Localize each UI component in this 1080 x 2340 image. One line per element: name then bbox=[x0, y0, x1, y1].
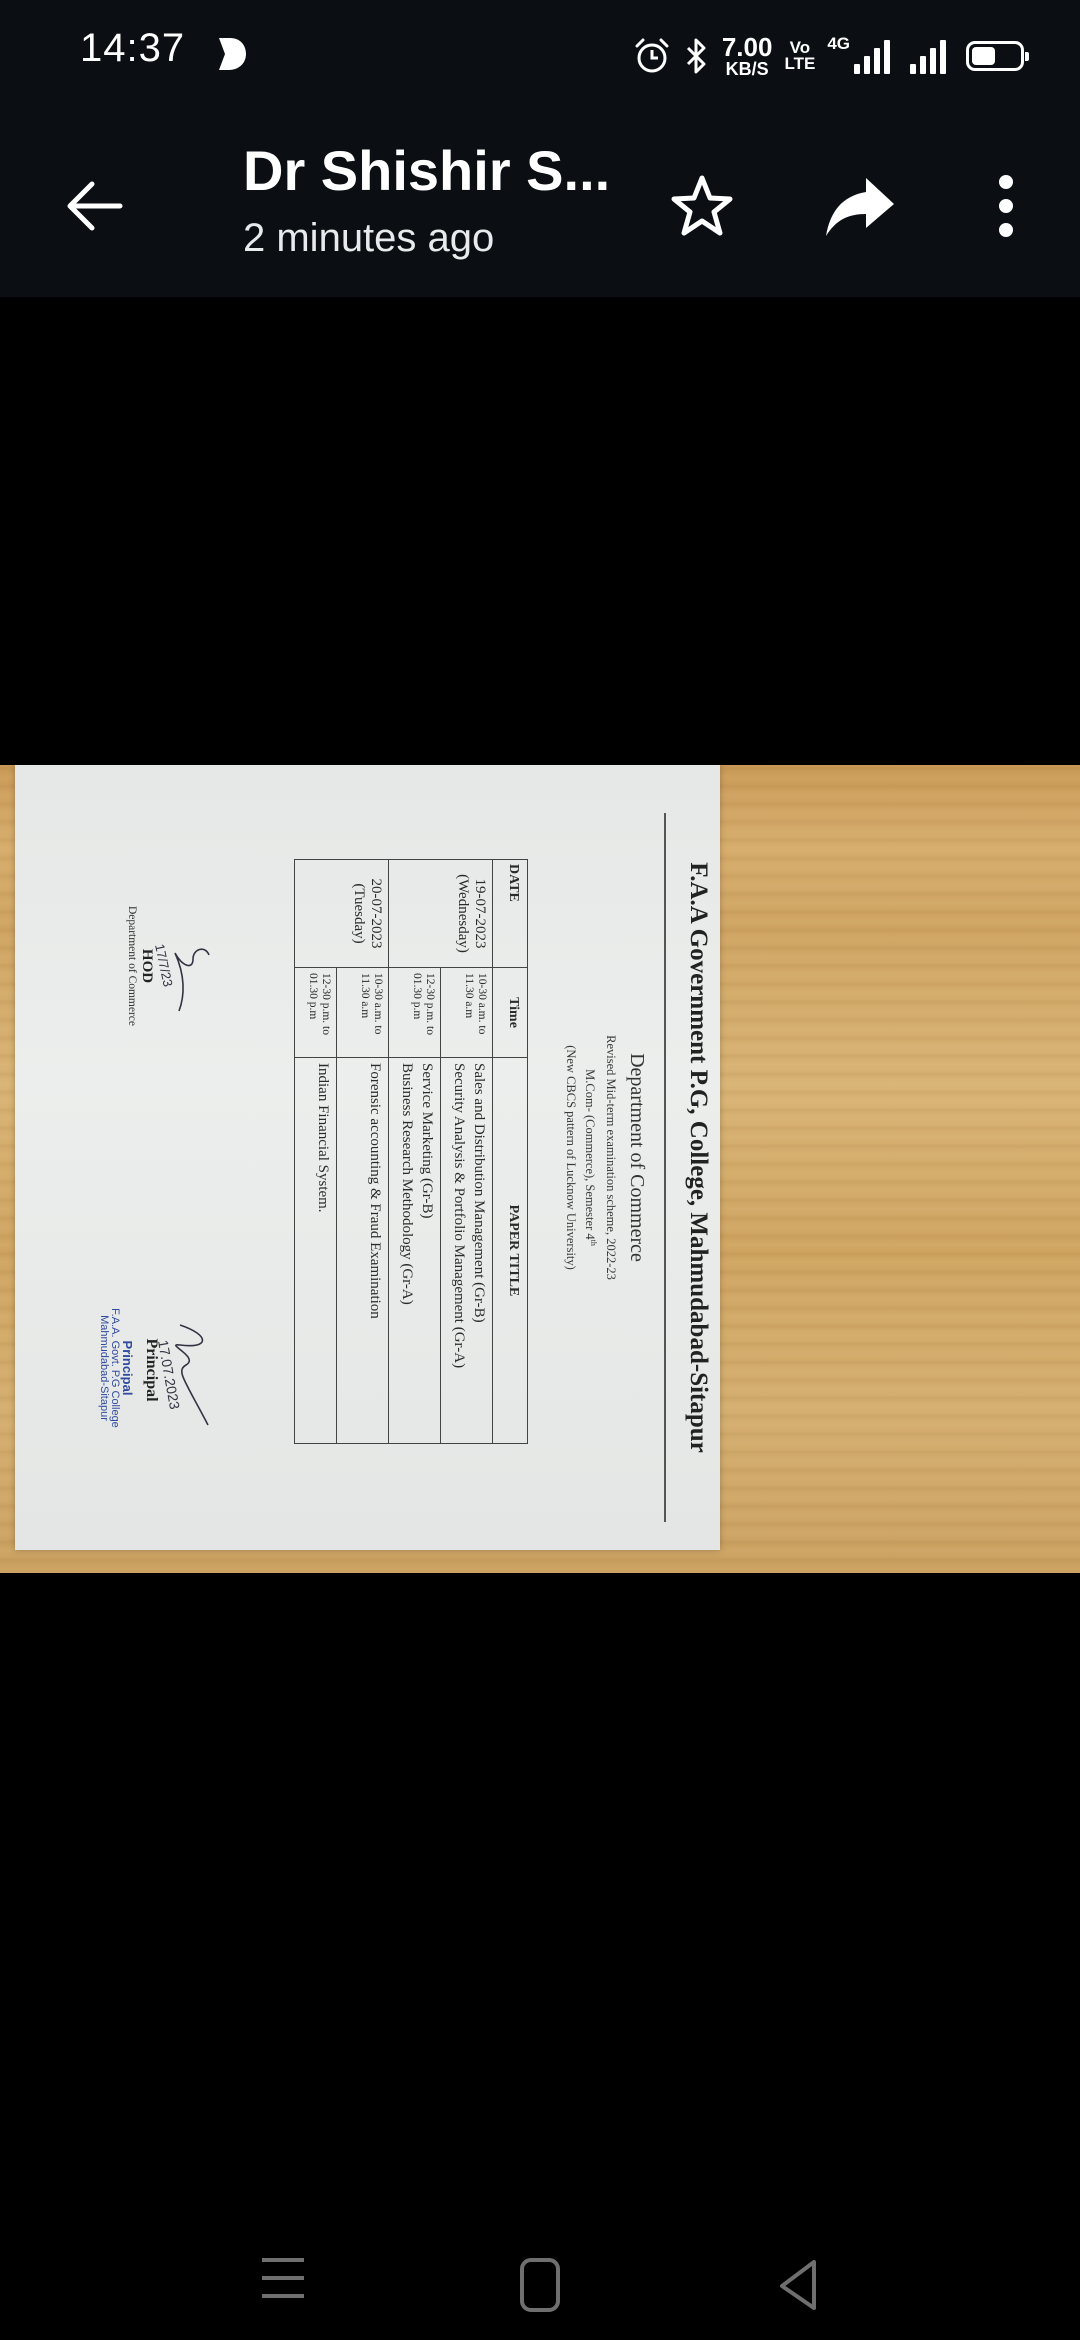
paper-title-cell: Forensic accounting & Fraud Examination bbox=[337, 1058, 389, 1444]
status-icons: 7.00 KB/S Vo LTE 4G bbox=[632, 28, 1024, 84]
principal-label: Principal bbox=[142, 1285, 160, 1455]
share-forward-icon[interactable] bbox=[822, 170, 898, 242]
network-speed: 7.00 KB/S bbox=[722, 34, 773, 78]
paper-title-cell: Sales and Distribution Management (Gr-B)… bbox=[441, 1058, 493, 1444]
pattern-line: (New CBCS pattern of Lucknow University) bbox=[563, 765, 578, 1550]
system-nav-bar bbox=[0, 2200, 1080, 2340]
star-icon[interactable] bbox=[666, 170, 738, 242]
time-cell: 10-30 a.m. to 11.30 a.m bbox=[337, 968, 389, 1058]
paper-title-cell: Service Marketing (Gr-B) Business Resear… bbox=[389, 1058, 441, 1444]
time-cell: 12-30 p.m. to 01.30 p.m bbox=[295, 968, 337, 1058]
time-cell: 10-30 a.m. to 11.30 a.m bbox=[441, 968, 493, 1058]
principal-block: Principal bbox=[142, 1285, 160, 1455]
hod-label: HOD bbox=[138, 891, 155, 1041]
app-bar: Dr Shishir S... 2 minutes ago bbox=[0, 110, 1080, 297]
principal-stamp: Principal F.A.A. Govt. P.G College Mahmu… bbox=[97, 1273, 134, 1463]
arrow-left-icon[interactable] bbox=[58, 170, 130, 242]
status-bar: 14:37 7.00 KB/S Vo LTE 4G bbox=[0, 0, 1080, 110]
exam-table: DATE Time PAPER TITLE 19-07-2023 (Wednes… bbox=[294, 859, 528, 1444]
signal-sim2-icon bbox=[910, 38, 946, 74]
header-paper-title: PAPER TITLE bbox=[493, 1058, 528, 1444]
department-name: Department of Commerce bbox=[625, 765, 648, 1550]
paper-title-cell: Indian Financial System. bbox=[295, 1058, 337, 1444]
hod-block: HOD Department of Commerce bbox=[126, 891, 155, 1041]
d-notification-icon bbox=[216, 36, 248, 72]
college-name: F.A.A Government P.G, College, Mahmudaba… bbox=[684, 765, 712, 1550]
home-square-icon[interactable] bbox=[520, 2258, 560, 2312]
hod-department: Department of Commerce bbox=[126, 891, 138, 1041]
date-cell: 19-07-2023 (Wednesday) bbox=[389, 860, 493, 968]
volte-indicator: Vo LTE bbox=[784, 40, 815, 72]
exam-schedule-document: F.A.A Government P.G, College, Mahmudaba… bbox=[15, 765, 720, 1550]
status-time: 14:37 bbox=[80, 26, 185, 71]
back-triangle-icon[interactable] bbox=[778, 2258, 818, 2312]
more-vertical-icon[interactable] bbox=[984, 170, 1028, 242]
signal-sim1-icon bbox=[854, 38, 890, 74]
course-line: M.Com- (Commerce), Semester 4th bbox=[582, 765, 598, 1550]
sender-name: Dr Shishir S... bbox=[243, 138, 610, 203]
battery-icon bbox=[966, 41, 1024, 71]
header-time: Time bbox=[493, 968, 528, 1058]
table-row: 20-07-2023 (Tuesday) 10-30 a.m. to 11.30… bbox=[337, 860, 389, 1444]
time-cell: 12-30 p.m. to 01.30 p.m bbox=[389, 968, 441, 1058]
alarm-icon bbox=[632, 36, 672, 76]
attachment-photo[interactable]: F.A.A Government P.G, College, Mahmudaba… bbox=[0, 765, 1080, 1573]
recents-menu-icon[interactable] bbox=[262, 2256, 304, 2300]
header-date: DATE bbox=[493, 860, 528, 968]
network-type: 4G bbox=[827, 34, 850, 54]
sent-time: 2 minutes ago bbox=[243, 216, 494, 261]
heading-rule bbox=[665, 813, 667, 1522]
hod-signature: 17/7/23 bbox=[145, 915, 215, 1025]
bluetooth-icon bbox=[684, 36, 710, 76]
battery-level bbox=[972, 47, 995, 65]
table-row: 19-07-2023 (Wednesday) 10-30 a.m. to 11.… bbox=[441, 860, 493, 1444]
scheme-line: Revised Mid-term examination scheme, 202… bbox=[603, 765, 618, 1550]
date-cell: 20-07-2023 (Tuesday) bbox=[295, 860, 389, 968]
svg-text:17/7/23: 17/7/23 bbox=[152, 943, 176, 989]
